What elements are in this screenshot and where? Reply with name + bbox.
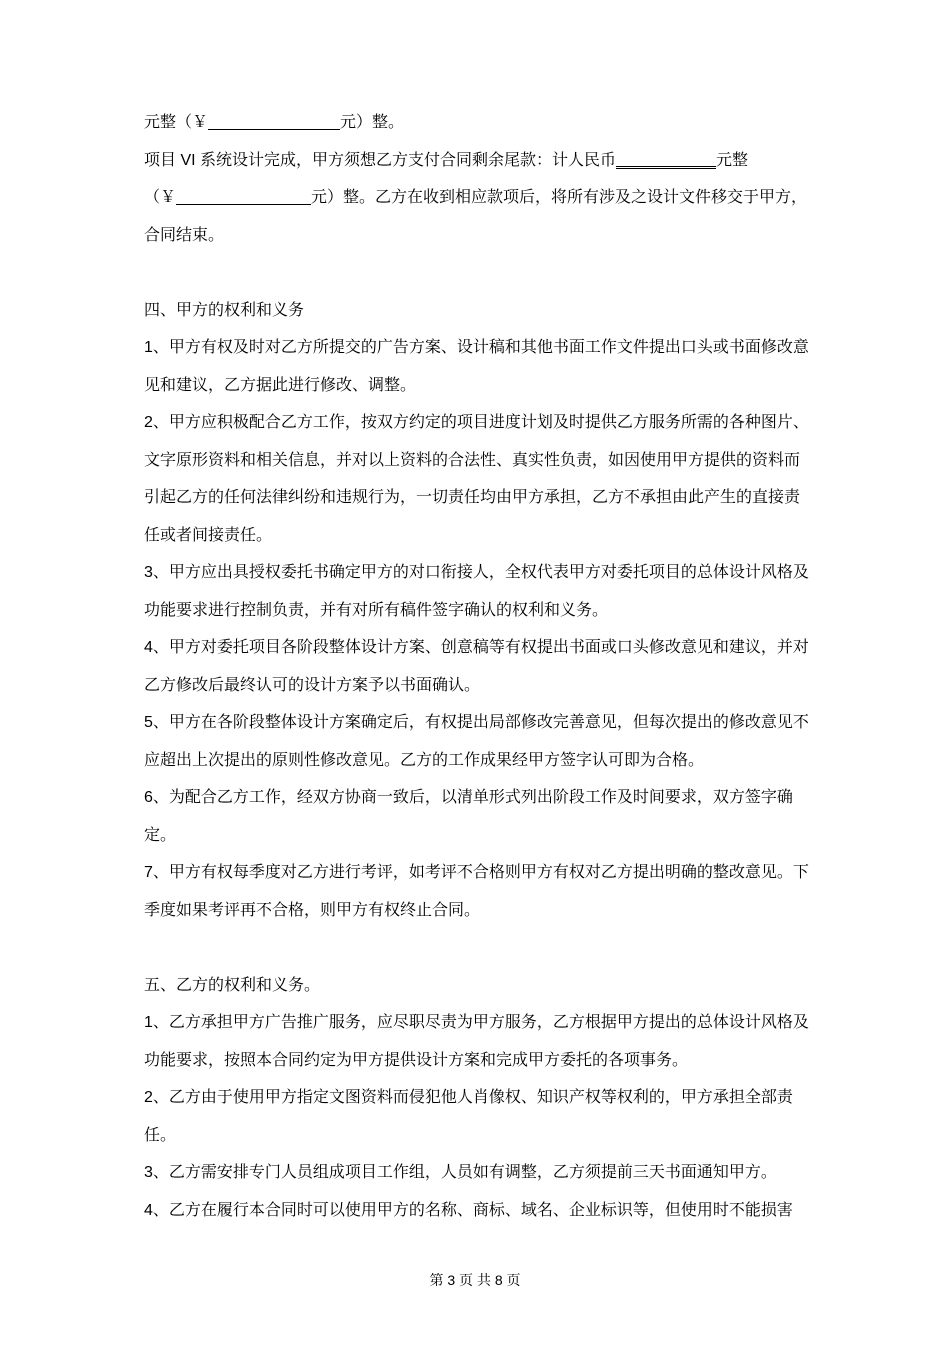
text-run: 6、为配合乙方工作，经双方协商一致后，以清单形式列出阶段工作及时间要求，双方签字… <box>144 789 793 844</box>
text-run: 3、乙方需安排专门人员组成项目工作组，人员如有调整，乙方须提前三天书面通知甲方。 <box>144 1164 777 1181</box>
party-a-clause-7: 7、甲方有权每季度对乙方进行考评，如考评不合格则甲方有权对乙方提出明确的整改意见… <box>144 854 810 929</box>
fill-in-blank-underline <box>208 123 340 130</box>
party-b-clause-2: 2、乙方由于使用甲方指定文图资料而侵犯他人肖像权、知识产权等权利的，甲方承担全部… <box>144 1079 810 1154</box>
text-run: 4、乙方在履行本合同时可以使用甲方的名称、商标、域名、企业标识等，但使用时不能损… <box>144 1202 793 1219</box>
paragraph-spacer <box>144 929 810 967</box>
fill-in-blank-double-underline <box>616 158 716 169</box>
text-run: （￥ <box>144 189 176 206</box>
text-run: 2、乙方由于使用甲方指定文图资料而侵犯他人肖像权、知识产权等权利的，甲方承担全部… <box>144 1089 793 1144</box>
party-a-clause-4: 4、甲方对委托项目各阶段整体设计方案、创意稿等有权提出书面或口头修改意见和建议，… <box>144 629 810 704</box>
contract-body: 元整（￥元）整。项目 VI 系统设计完成，甲方须想乙方支付合同剩余尾款：计人民币… <box>144 104 810 1229</box>
section-heading-party-a: 四、甲方的权利和义务 <box>144 292 810 330</box>
party-b-clause-1: 1、乙方承担甲方广告推广服务，应尽职尽责为甲方服务，乙方根据甲方提出的总体设计风… <box>144 1004 810 1079</box>
party-a-clause-3: 3、甲方应出具授权委托书确定甲方的对口衔接人，全权代表甲方对委托项目的总体设计风… <box>144 554 810 629</box>
text-run: 5、甲方在各阶段整体设计方案确定后，有权提出局部修改完善意见，但每次提出的修改意… <box>144 714 809 769</box>
text-run: 7、甲方有权每季度对乙方进行考评，如考评不合格则甲方有权对乙方提出明确的整改意见… <box>144 864 809 919</box>
text-run: 2、甲方应积极配合乙方工作，按双方约定的项目进度计划及时提供乙方服务所需的各种图… <box>144 414 809 544</box>
payment-amount-line: 元整（￥元）整。 <box>144 104 810 142</box>
text-run: 4、甲方对委托项目各阶段整体设计方案、创意稿等有权提出书面或口头修改意见和建议，… <box>144 639 809 694</box>
page-number-footer: 第 3 页 共 8 页 <box>0 1270 950 1290</box>
text-run: 1、甲方有权及时对乙方所提交的广告方案、设计稿和其他书面工作文件提出口头或书面修… <box>144 339 809 394</box>
text-run: 元）整。 <box>340 114 404 131</box>
party-b-clause-4: 4、乙方在履行本合同时可以使用甲方的名称、商标、域名、企业标识等，但使用时不能损… <box>144 1192 810 1230</box>
party-a-clause-6: 6、为配合乙方工作，经双方协商一致后，以清单形式列出阶段工作及时间要求，双方签字… <box>144 779 810 854</box>
text-run: 元整 <box>716 152 748 169</box>
text-run: 3、甲方应出具授权委托书确定甲方的对口衔接人，全权代表甲方对委托项目的总体设计风… <box>144 564 809 619</box>
section-heading-party-b: 五、乙方的权利和义务。 <box>144 967 810 1005</box>
text-run: 1、乙方承担甲方广告推广服务，应尽职尽责为甲方服务，乙方根据甲方提出的总体设计风… <box>144 1014 809 1069</box>
paragraph-spacer <box>144 254 810 292</box>
party-a-clause-5: 5、甲方在各阶段整体设计方案确定后，有权提出局部修改完善意见，但每次提出的修改意… <box>144 704 810 779</box>
party-a-clause-1: 1、甲方有权及时对乙方所提交的广告方案、设计稿和其他书面工作文件提出口头或书面修… <box>144 329 810 404</box>
document-page: 元整（￥元）整。项目 VI 系统设计完成，甲方须想乙方支付合同剩余尾款：计人民币… <box>0 0 950 1346</box>
text-run: 项目 VI 系统设计完成，甲方须想乙方支付合同剩余尾款：计人民币 <box>144 152 616 169</box>
final-payment-clause: 项目 VI 系统设计完成，甲方须想乙方支付合同剩余尾款：计人民币元整（￥元）整。… <box>144 142 810 255</box>
party-b-clause-3: 3、乙方需安排专门人员组成项目工作组，人员如有调整，乙方须提前三天书面通知甲方。 <box>144 1154 810 1192</box>
text-run: 元整（￥ <box>144 114 208 131</box>
party-a-clause-2: 2、甲方应积极配合乙方工作，按双方约定的项目进度计划及时提供乙方服务所需的各种图… <box>144 404 810 554</box>
fill-in-blank-underline <box>176 198 311 205</box>
